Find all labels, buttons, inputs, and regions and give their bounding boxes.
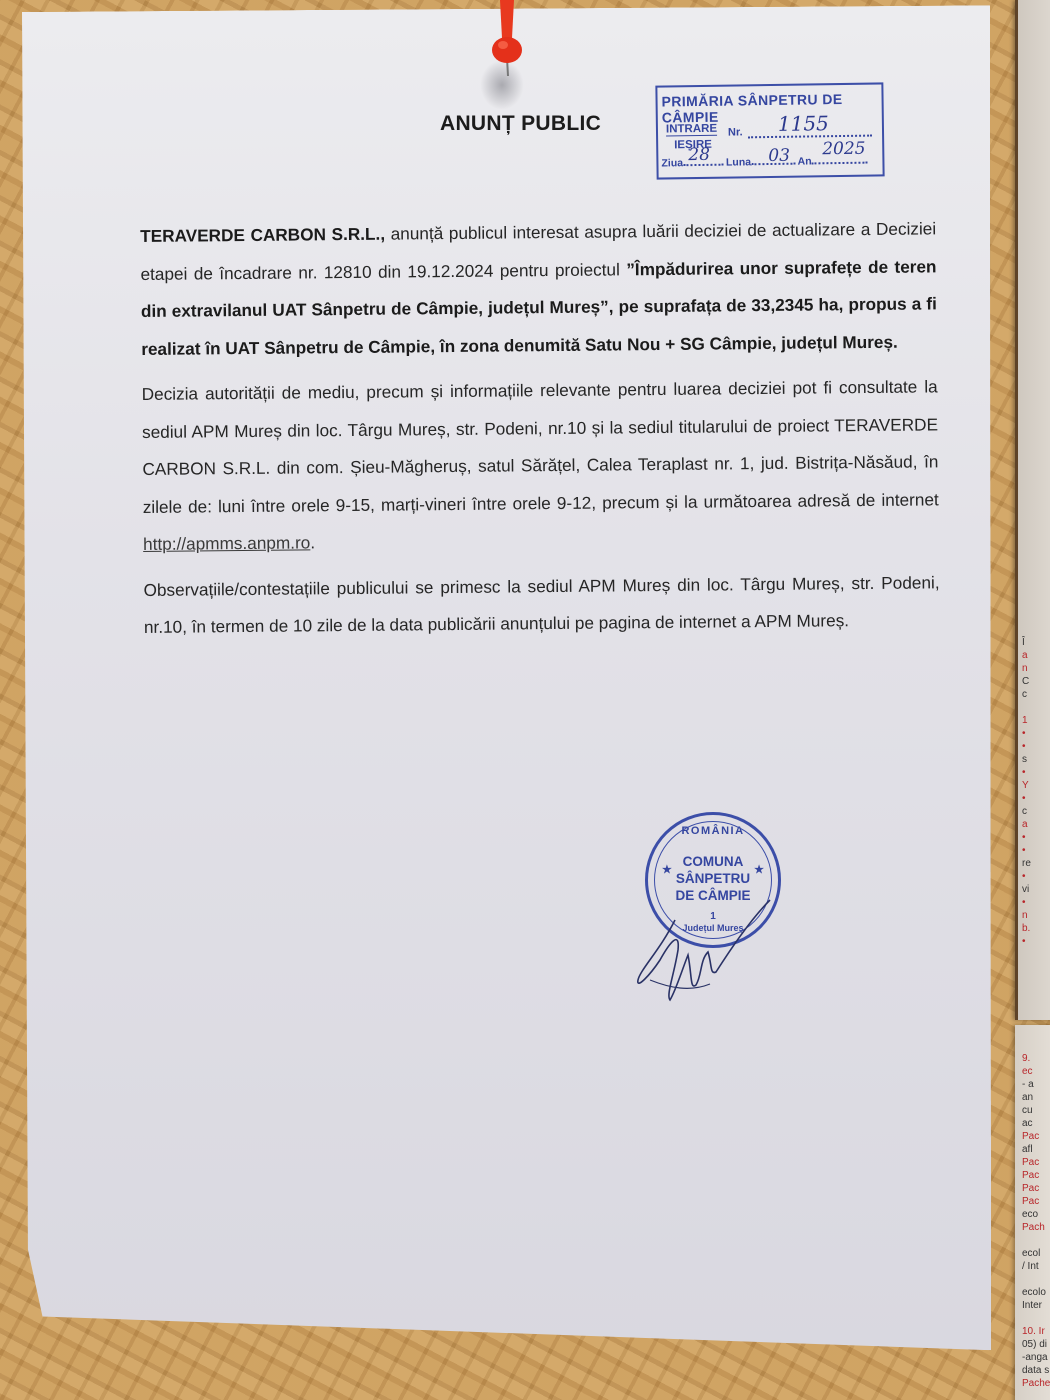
registration-stamp-header: PRIMĂRIA SÂNPETRU DE CÂMPIE <box>661 90 881 125</box>
background-text-fragment: ecol <box>1022 1247 1050 1260</box>
background-text-fragment: • <box>1022 766 1050 779</box>
red-pushpin-icon <box>482 0 530 80</box>
background-text-fragment: 1 <box>1022 714 1050 727</box>
background-text-fragment: • <box>1022 740 1050 753</box>
background-text-fragment: a <box>1022 649 1050 662</box>
paragraph-announcement: TERAVERDE CARBON S.R.L., anunță publicul… <box>140 210 937 368</box>
background-text-fragment: Pac <box>1022 1130 1050 1143</box>
an-label: An <box>797 155 811 167</box>
background-text-fragment: Inter <box>1022 1299 1050 1312</box>
nr-label: Nr. <box>728 126 743 138</box>
background-text-fragment: Pac <box>1022 1156 1050 1169</box>
signature-icon <box>630 880 780 1010</box>
background-text-fragment: C <box>1022 675 1050 688</box>
background-text-fragment: 9. <box>1022 1052 1050 1065</box>
background-text-fragment: / Int <box>1022 1260 1050 1273</box>
background-text-fragment: vi <box>1022 883 1050 896</box>
background-text-fragment: re <box>1022 857 1050 870</box>
background-text-fragment: Pache <box>1022 1377 1050 1390</box>
paragraph-consultation: Decizia autorității de mediu, precum și … <box>142 368 940 563</box>
background-notice-text-upper: ÎanCc 1••s•Y•ca••re•vi•nb.• <box>1022 636 1050 948</box>
page-title: ANUNȚ PUBLIC <box>440 112 601 136</box>
background-text-fragment: eco <box>1022 1208 1050 1221</box>
background-text-fragment: Pac <box>1022 1169 1050 1182</box>
registration-stamp: PRIMĂRIA SÂNPETRU DE CÂMPIE INTRARE IEȘI… <box>655 82 884 179</box>
background-text-fragment: -anga <box>1022 1351 1050 1364</box>
apm-website-link[interactable]: http://apmms.anpm.ro <box>143 532 310 554</box>
background-text-fragment: Pach <box>1022 1221 1050 1234</box>
background-text-fragment: ec <box>1022 1065 1050 1078</box>
stamp-line-1: COMUNA <box>648 853 778 870</box>
background-text-fragment: c <box>1022 805 1050 818</box>
background-text-fragment <box>1022 701 1050 714</box>
registration-day: 28 <box>688 145 710 165</box>
paragraph-observations: Observațiile/contestațiile publicului se… <box>143 564 940 647</box>
luna-label: Luna <box>726 156 751 168</box>
company-name: TERAVERDE CARBON S.R.L., <box>140 224 385 246</box>
background-text-fragment: an <box>1022 1091 1050 1104</box>
star-icon: ★ <box>754 863 764 876</box>
background-text-fragment: • <box>1022 792 1050 805</box>
background-text-fragment <box>1022 1273 1050 1286</box>
background-text-fragment: ac <box>1022 1117 1050 1130</box>
background-text-fragment: afl <box>1022 1143 1050 1156</box>
background-text-fragment: • <box>1022 870 1050 883</box>
background-text-fragment: b. <box>1022 922 1050 935</box>
background-notice-text-lower: 9.ec- aancuacPacaflPacPacPacPacecoPach e… <box>1022 1052 1050 1390</box>
consultation-text: Decizia autorității de mediu, precum și … <box>142 376 939 516</box>
background-text-fragment: n <box>1022 662 1050 675</box>
background-text-fragment: n <box>1022 909 1050 922</box>
background-text-fragment: 10. Ir <box>1022 1325 1050 1338</box>
background-text-fragment: cu <box>1022 1104 1050 1117</box>
background-text-fragment: a <box>1022 818 1050 831</box>
background-text-fragment: Pac <box>1022 1182 1050 1195</box>
ziua-label: Ziua <box>661 157 683 169</box>
registration-year: 2025 <box>822 139 866 160</box>
intrare-label: INTRARE <box>666 123 717 137</box>
background-text-fragment: • <box>1022 844 1050 857</box>
background-text-fragment: - a <box>1022 1078 1050 1091</box>
background-text-fragment: 05) di <box>1022 1338 1050 1351</box>
background-text-fragment: data s <box>1022 1364 1050 1377</box>
background-text-fragment: Î <box>1022 636 1050 649</box>
stamp-country: ROMÂNIA <box>648 825 778 837</box>
registration-number: 1155 <box>778 111 829 136</box>
background-text-fragment: c <box>1022 688 1050 701</box>
registration-month: 03 <box>768 146 790 166</box>
consultation-text-end: . <box>310 532 315 552</box>
background-text-fragment: • <box>1022 896 1050 909</box>
background-text-fragment <box>1022 1234 1050 1247</box>
background-text-fragment: Pac <box>1022 1195 1050 1208</box>
background-text-fragment: Y <box>1022 779 1050 792</box>
notice-body: TERAVERDE CARBON S.R.L., anunță publicul… <box>140 210 940 654</box>
background-text-fragment: • <box>1022 831 1050 844</box>
background-text-fragment: ecolo <box>1022 1286 1050 1299</box>
background-text-fragment: • <box>1022 935 1050 948</box>
public-notice-paper <box>22 5 991 1357</box>
star-icon: ★ <box>662 863 672 876</box>
background-text-fragment: • <box>1022 727 1050 740</box>
observations-text: Observațiile/contestațiile publicului se… <box>143 572 939 637</box>
background-text-fragment <box>1022 1312 1050 1325</box>
background-text-fragment: s <box>1022 753 1050 766</box>
